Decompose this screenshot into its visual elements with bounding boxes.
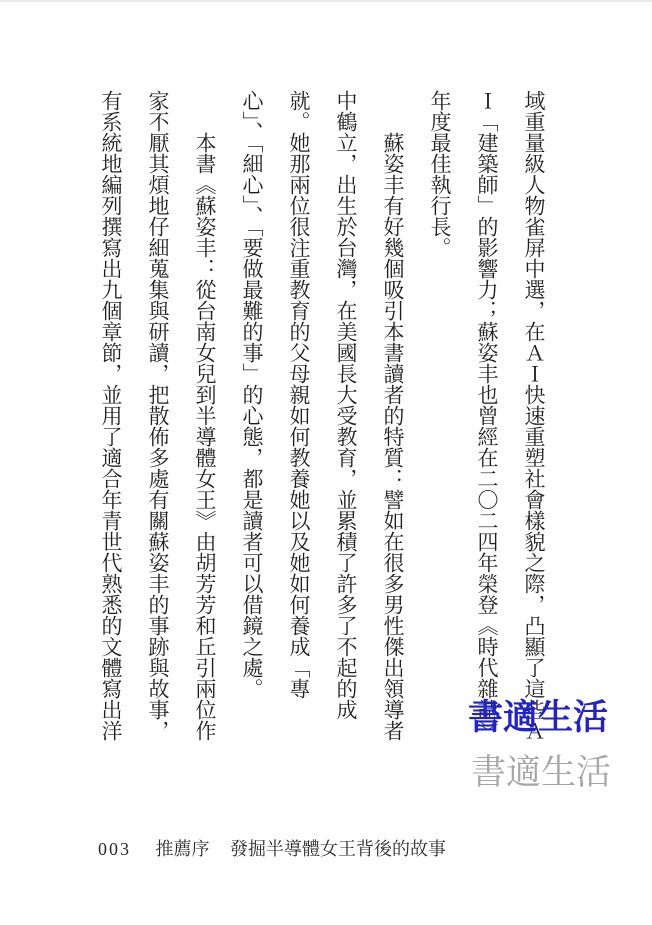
paragraph-3: 本書《蘇姿丰：從台南女兒到半導體女王》由胡芳芳和丘引兩位作家不厭其煩地仔細蒐集與… (87, 90, 228, 745)
page-number: 003 (98, 839, 131, 859)
page-footer: 003 推薦序 發掘半導體女王背後的故事 (98, 835, 446, 861)
watermark-secondary: 書適生活 (471, 745, 611, 795)
body-text-block: 域重量級人物雀屏中選，在ＡＩ快速重塑社會樣貌之際，凸顯了這些ＡＩ「建築師」的影響… (87, 90, 557, 745)
watermark-primary: 書適生活 (468, 690, 608, 740)
section-label: 推薦序 (156, 839, 210, 859)
chapter-title: 發掘半導體女王背後的故事 (230, 839, 446, 859)
paragraph-1: 域重量級人物雀屏中選，在ＡＩ快速重塑社會樣貌之際，凸顯了這些ＡＩ「建築師」的影響… (416, 90, 557, 745)
paragraph-2: 蘇姿丰有好幾個吸引本書讀者的特質：譬如在很多男性傑出領導者中鶴立，出生於台灣，在… (228, 90, 416, 745)
book-page: 域重量級人物雀屏中選，在ＡＩ快速重塑社會樣貌之際，凸顯了這些ＡＩ「建築師」的影響… (0, 0, 652, 925)
